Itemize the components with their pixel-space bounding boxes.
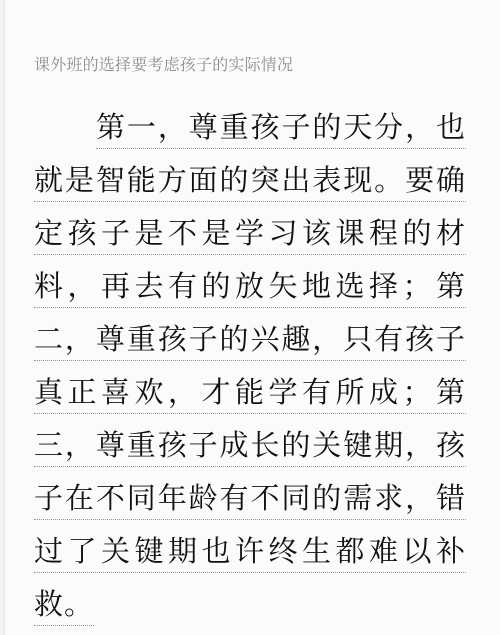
text-line: 第​一​，​尊​重​孩​子​的​天​分​，​也 <box>34 102 466 155</box>
text-line-content: 子​在​不​同​年​龄​有​不​同​的​需​求​，​错 <box>34 477 466 520</box>
text-line: 真​正​喜​欢​，​才​能​学​有​所​成​；​第 <box>34 367 466 420</box>
image-caption: 课外班的选择要考虑孩子的实际情况 <box>34 52 293 75</box>
text-line-content: 二​，​尊​重​孩​子​的​兴​趣​，​只​有​孩​子 <box>34 318 466 361</box>
text-line: 二​，​尊​重​孩​子​的​兴​趣​，​只​有​孩​子 <box>34 314 466 367</box>
text-line: 料​，​再​去​有​的​放​矢​地​选​择​；​第 <box>34 261 466 314</box>
text-line-content: 第​一​，​尊​重​孩​子​的​天​分​，​也 <box>96 106 466 149</box>
page-edge-divider <box>0 0 5 635</box>
text-line: 三​，​尊​重​孩​子​成​长​的​关​键​期​，​孩 <box>34 420 466 473</box>
text-line: 子​在​不​同​年​龄​有​不​同​的​需​求​，​错 <box>34 473 466 526</box>
article-paragraph: 第​一​，​尊​重​孩​子​的​天​分​，​也 就​是​智​能​方​面​的​突​… <box>34 102 466 632</box>
text-line: 就​是​智​能​方​面​的​突​出​表​现​。​要​确 <box>34 155 466 208</box>
text-line-content: 三​，​尊​重​孩​子​成​长​的​关​键​期​，​孩 <box>34 424 466 467</box>
text-line: 定​孩​子​是​不​是​学​习​该​课​程​的​材 <box>34 208 466 261</box>
text-line-content: 定​孩​子​是​不​是​学​习​该​课​程​的​材 <box>34 212 466 255</box>
text-line-content: 救。 <box>34 583 94 626</box>
text-line-content: 料​，​再​去​有​的​放​矢​地​选​择​；​第 <box>34 265 466 308</box>
text-line-content: 就​是​智​能​方​面​的​突​出​表​现​。​要​确 <box>34 159 466 202</box>
text-line: 过​了​关​键​期​也​许​终​生​都​难​以​补 <box>34 526 466 579</box>
text-line: 救。 <box>34 579 466 632</box>
text-line-content: 过​了​关​键​期​也​许​终​生​都​难​以​补 <box>34 530 466 573</box>
text-line-content: 真​正​喜​欢​，​才​能​学​有​所​成​；​第 <box>34 371 466 414</box>
